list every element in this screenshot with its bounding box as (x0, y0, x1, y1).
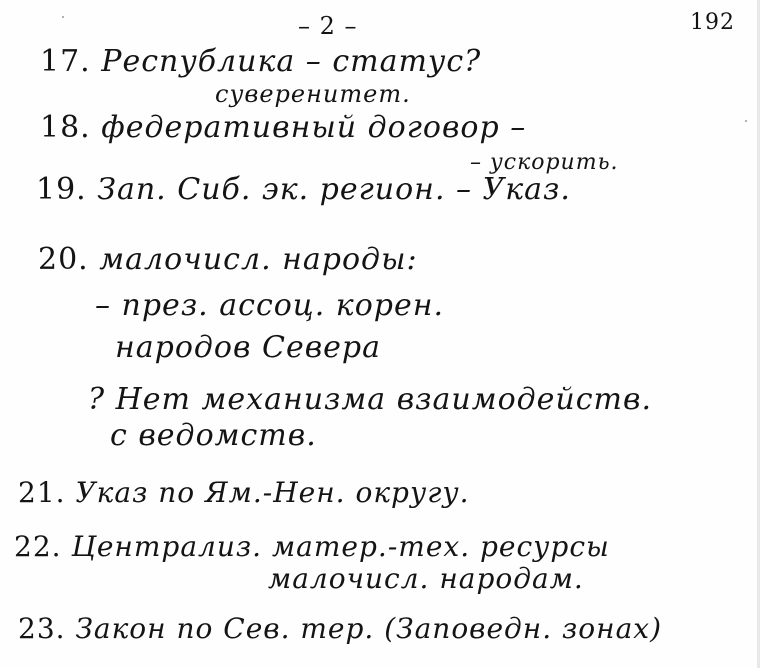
item-number: 23. (18, 612, 66, 645)
page-number: – 2 – (298, 12, 358, 40)
handwritten-page: – 2 – 192 17. Республика – статус? сувер… (0, 0, 760, 668)
item-text: Зап. Сиб. эк. регион. – Указ. (97, 172, 571, 207)
item-text: Централиз. матер.-тех. ресурсы (71, 530, 609, 563)
item-number: 21. (18, 476, 66, 509)
item-17: 17. Республика – статус? (40, 44, 481, 79)
item-text: Республика – статус? (101, 44, 481, 79)
item-20-line-4: с ведомств. (110, 418, 317, 453)
item-20-line-2: народов Севера (115, 330, 381, 365)
item-number: 20. (38, 242, 89, 277)
item-19: 19. Зап. Сиб. эк. регион. – Указ. (36, 172, 571, 207)
sheet-number: 192 (690, 10, 735, 35)
item-number: 22. (14, 530, 62, 563)
item-22-line-2: малочисл. народам. (268, 562, 584, 595)
item-20-line-3: ? Нет механизма взаимодейств. (88, 382, 652, 417)
item-text: федеративный договор – (101, 110, 526, 145)
item-number: 18. (40, 110, 91, 145)
item-21: 21. Указ по Ям.-Нен. округу. (18, 476, 470, 509)
item-20-line-1: – през. ассоц. корен. (95, 288, 444, 323)
speck (62, 16, 64, 18)
item-18: 18. федеративный договор – (40, 110, 526, 145)
item-text: Закон по Сев. тер. (Заповедн. зонах) (75, 612, 662, 645)
item-20: 20. малочисл. народы: (38, 242, 418, 277)
item-text: Указ по Ям.-Нен. округу. (75, 476, 469, 509)
item-number: 19. (36, 172, 87, 207)
item-17-note: суверенитет. (215, 80, 411, 108)
item-22: 22. Централиз. матер.-тех. ресурсы (14, 530, 610, 563)
item-number: 17. (40, 44, 91, 79)
speck (745, 120, 747, 122)
item-text: малочисл. народы: (99, 242, 417, 277)
item-23: 23. Закон по Сев. тер. (Заповедн. зонах) (18, 612, 662, 645)
